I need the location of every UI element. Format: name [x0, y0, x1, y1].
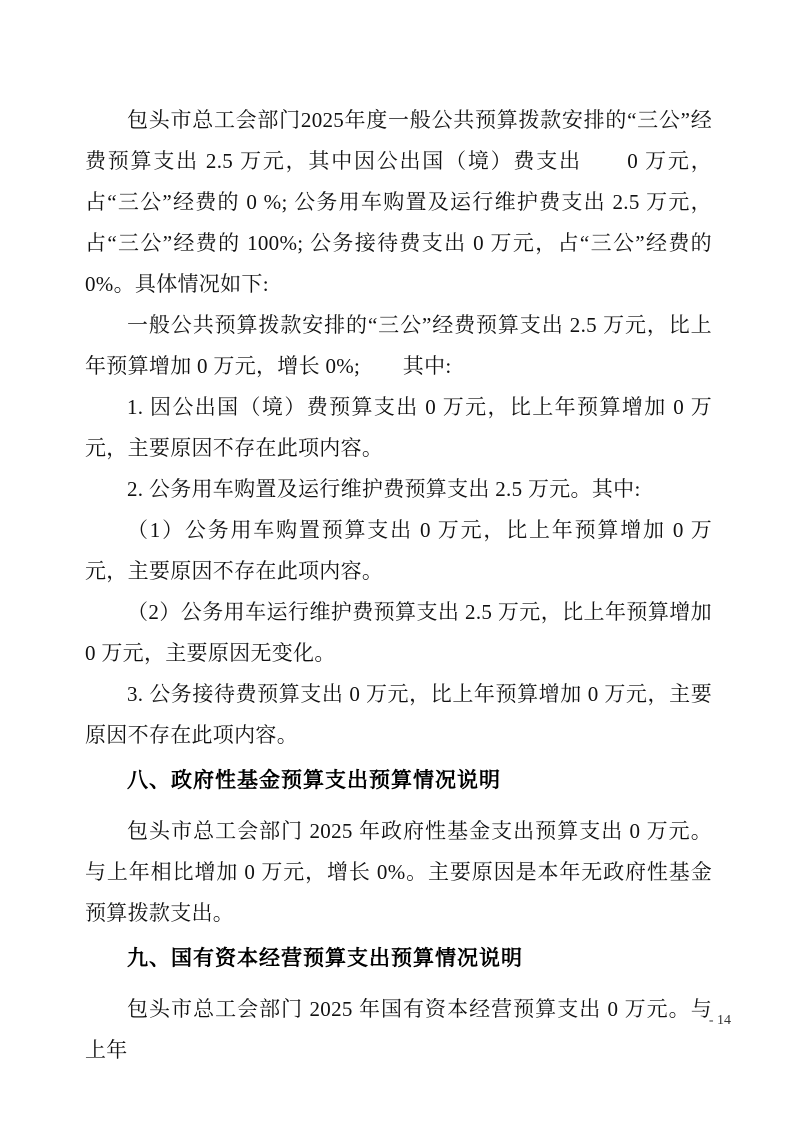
heading-section-8-govt-funds: 八、政府性基金预算支出预算情况说明: [85, 760, 712, 801]
para-item-2-1-purchase: （1）公务用车购置预算支出 0 万元，比上年预算增加 0 万元，主要原因不存在此…: [85, 510, 712, 592]
heading-section-9-state-capital: 九、国有资本经营预算支出预算情况说明: [85, 938, 712, 979]
para-section-8-body: 包头市总工会部门 2025 年政府性基金支出预算支出 0 万元。与上年相比增加 …: [85, 811, 712, 934]
document-body: 包头市总工会部门2025年度一般公共预算拨款安排的“三公”经费预算支出 2.5 …: [85, 100, 712, 1071]
para-item-1-abroad: 1. 因公出国（境）费预算支出 0 万元，比上年预算增加 0 万元，主要原因不存…: [85, 387, 712, 469]
para-item-2-2-maintenance: （2）公务用车运行维护费预算支出 2.5 万元，比上年预算增加 0 万元，主要原…: [85, 592, 712, 674]
para-item-3-reception: 3. 公务接待费预算支出 0 万元，比上年预算增加 0 万元，主要原因不存在此项…: [85, 674, 712, 756]
para-section-9-body: 包头市总工会部门 2025 年国有资本经营预算支出 0 万元。与上年: [85, 989, 712, 1071]
para-sangong-total: 一般公共预算拨款安排的“三公”经费预算支出 2.5 万元，比上年预算增加 0 万…: [85, 305, 712, 387]
page-number: - 14: [709, 1012, 731, 1030]
document-page: 包头市总工会部门2025年度一般公共预算拨款安排的“三公”经费预算支出 2.5 …: [0, 0, 795, 1123]
para-sangong-overview: 包头市总工会部门2025年度一般公共预算拨款安排的“三公”经费预算支出 2.5 …: [85, 100, 712, 305]
para-item-2-vehicle: 2. 公务用车购置及运行维护费预算支出 2.5 万元。其中:: [85, 469, 712, 510]
